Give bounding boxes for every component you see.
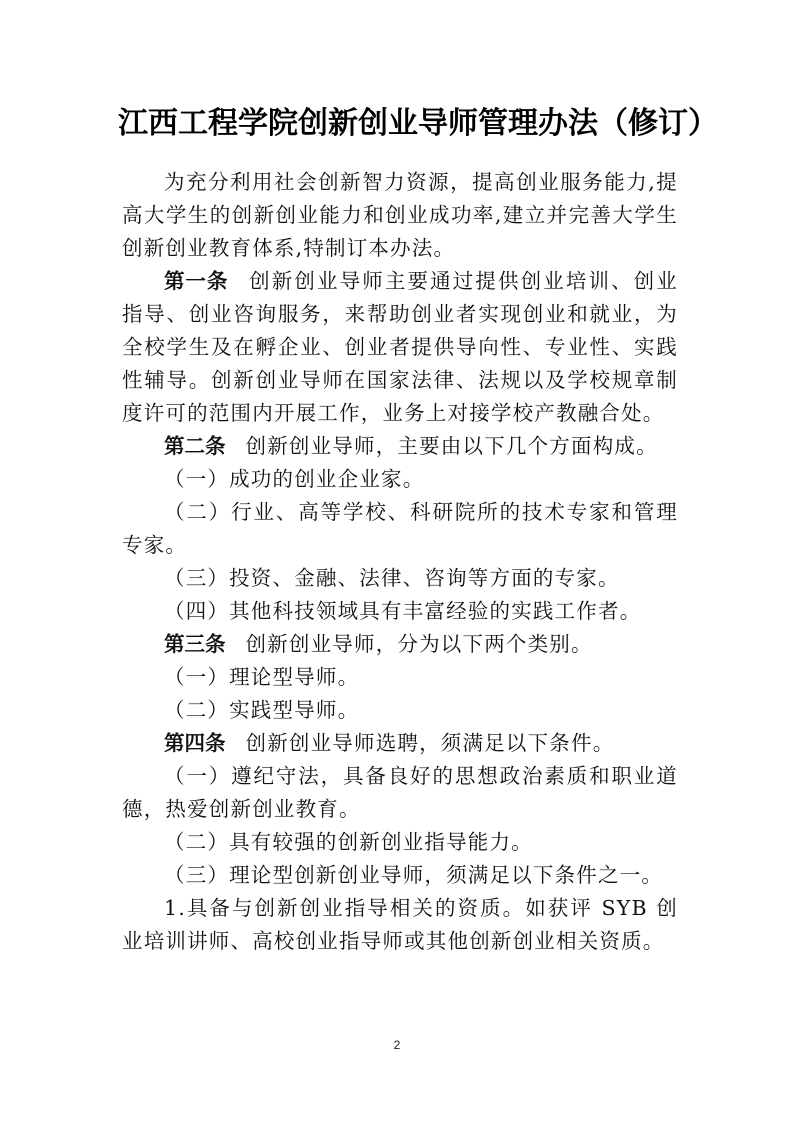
- list-item: （一）遵纪守法，具备良好的思想政治素质和职业道德，热爱创新创业教育。: [122, 760, 678, 826]
- article-text: 创新创业导师，分为以下两个类别。: [246, 632, 593, 656]
- article-1: 第一条创新创业导师主要通过提供创业培训、创业指导、创业咨询服务，来帮助创业者实现…: [122, 265, 678, 430]
- document-title: 江西工程学院创新创业导师管理办法（修订）: [118, 98, 698, 142]
- list-item: （一）成功的创业企业家。: [122, 463, 678, 496]
- list-item: （二）行业、高等学校、科研院所的技术专家和管理专家。: [122, 496, 678, 562]
- article-label: 第四条: [164, 731, 226, 755]
- list-item: （二）实践型导师。: [122, 694, 678, 727]
- article-label: 第三条: [164, 632, 226, 656]
- article-text: 创新创业导师选聘，须满足以下条件。: [246, 731, 615, 755]
- document-page: 江西工程学院创新创业导师管理办法（修订） 为充分利用社会创新智力资源，提高创业服…: [0, 0, 794, 1123]
- list-item: （四）其他科技领域具有丰富经验的实践工作者。: [122, 595, 678, 628]
- page-number: 2: [0, 1038, 794, 1052]
- article-label: 第二条: [164, 434, 226, 458]
- list-item: （三）投资、金融、法律、咨询等方面的专家。: [122, 562, 678, 595]
- article-2: 第二条创新创业导师，主要由以下几个方面构成。: [122, 430, 678, 463]
- list-item: 1.具备与创新创业指导相关的资质。如获评 SYB 创业培训讲师、高校创业指导师或…: [122, 892, 678, 958]
- intro-paragraph: 为充分利用社会创新智力资源，提高创业服务能力,提高大学生的创新创业能力和创业成功…: [122, 166, 678, 265]
- article-3: 第三条创新创业导师，分为以下两个类别。: [122, 628, 678, 661]
- article-text: 创新创业导师，主要由以下几个方面构成。: [246, 434, 658, 458]
- list-item: （二）具有较强的创新创业指导能力。: [122, 826, 678, 859]
- document-body: 为充分利用社会创新智力资源，提高创业服务能力,提高大学生的创新创业能力和创业成功…: [122, 166, 678, 958]
- list-item: （三）理论型创新创业导师，须满足以下条件之一。: [122, 859, 678, 892]
- article-label: 第一条: [164, 269, 228, 293]
- article-4: 第四条创新创业导师选聘，须满足以下条件。: [122, 727, 678, 760]
- list-item: （一）理论型导师。: [122, 661, 678, 694]
